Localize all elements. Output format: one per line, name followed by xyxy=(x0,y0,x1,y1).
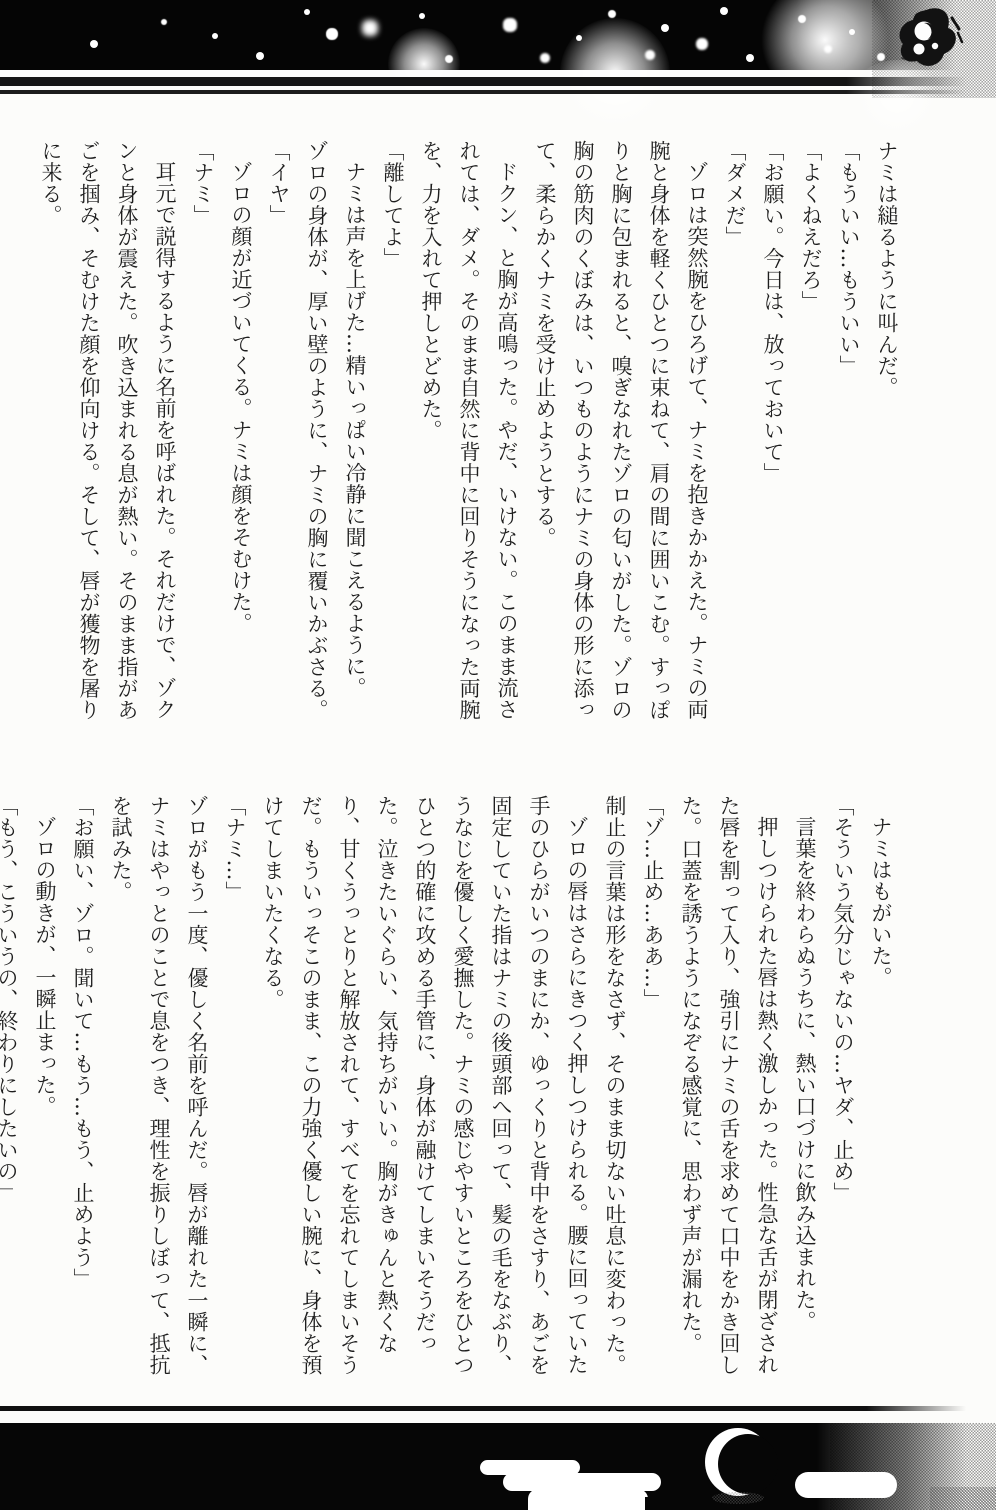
scanned-novel-page: { "page": { "language": "ja", "writing_m… xyxy=(0,0,996,1510)
night-sky-banner xyxy=(0,0,996,70)
moon-halftone-shadow xyxy=(712,1492,764,1504)
paragraph: ゾロの身体が、厚い壁のように、ナミの胸に覆いかぶさる。 xyxy=(298,140,336,722)
dialogue-line: 「もういい…もういい」 xyxy=(830,140,868,722)
dialogue-line: 「よくねえだろ」 xyxy=(792,140,830,722)
paragraph: ゾロの唇はさらにきつく押しつけられる。腰に回っていた手のひらがいつのまにか、ゆっ… xyxy=(254,795,596,1377)
cloud-bar xyxy=(528,1489,648,1510)
crescent-moon-face-icon xyxy=(890,2,968,86)
paragraph: ゾロがもう一度、優しく名前を呼んだ。唇が離れた一瞬に、ナミはやっとのことで息をつ… xyxy=(102,795,216,1377)
horizontal-rule-thin xyxy=(0,90,996,94)
crescent-moon-dark-side xyxy=(718,1434,778,1494)
dialogue-line: 「離してよ」 xyxy=(374,140,412,722)
paragraph: ドクン、と胸が高鳴った。やだ、いけない。このまま流されては、ダメ。そのまま自然に… xyxy=(412,140,526,722)
dialogue-line: 「お願い。今日は、放っておいて」 xyxy=(754,140,792,722)
dialogue-line: 「イヤ」 xyxy=(260,140,298,722)
paragraph: ナミは声を上げた…精いっぱい冷静に聞こえるように。 xyxy=(336,140,374,722)
dialogue-line: 「もう、こういうの、終わりにしたいの」 xyxy=(0,795,26,1377)
horizontal-rule-thick xyxy=(0,77,996,86)
paragraph: ナミは縋るように叫んだ。 xyxy=(868,140,906,722)
dialogue-line: 「ナミ」 xyxy=(184,140,222,722)
paragraph: ナミはもがいた。 xyxy=(862,795,900,1377)
dialogue-line: 「ナミ…」 xyxy=(216,795,254,1377)
paragraph: 押しつけられた唇は熱く激しかった。性急な舌が閉ざされた唇を割って入り、強引にナミ… xyxy=(672,795,786,1377)
paragraph: 言葉を終わらぬうちに、熱い口づけに飲み込まれた。 xyxy=(786,795,824,1377)
halftone-corner-block xyxy=(930,1487,996,1510)
lower-text-block: ナミはもがいた。 「そういう気分じゃないの…ヤダ、止め」 言葉を終わらぬうちに、… xyxy=(0,795,900,1377)
bokeh-glow xyxy=(560,18,670,128)
paragraph: ゾロは突然腕をひろげて、ナミを抱きかかえた。ナミの両腕と身体を軽くひとつに束ねて… xyxy=(526,140,716,722)
upper-text-block: ナミは縋るように叫んだ。 「もういい…もういい」 「よくねえだろ」 「お願い。今… xyxy=(32,140,906,722)
paragraph: 制止の言葉は形をなさず、そのまま切ない吐息に変わった。 xyxy=(596,795,634,1377)
dialogue-line: 「ゾ…止め…ああ…」 xyxy=(634,795,672,1377)
dialogue-line: 「お願い、ゾロ。聞いて…もう…もう、止めよう」 xyxy=(64,795,102,1377)
horizontal-rule-bottom xyxy=(0,1406,996,1411)
paragraph: 耳元で説得するように名前を呼ばれた。それだけで、ゾクンと身体が震えた。吹き込まれ… xyxy=(32,140,184,722)
star-dots xyxy=(0,0,4,4)
dialogue-line: 「ダメだ」 xyxy=(716,140,754,722)
paragraph: ゾロの動きが、一瞬止まった。 xyxy=(26,795,64,1377)
dialogue-line: 「そういう気分じゃないの…ヤダ、止め」 xyxy=(824,795,862,1377)
paragraph: ゾロの顔が近づいてくる。ナミは顔をそむけた。 xyxy=(222,140,260,722)
cloud-bar xyxy=(795,1472,897,1498)
